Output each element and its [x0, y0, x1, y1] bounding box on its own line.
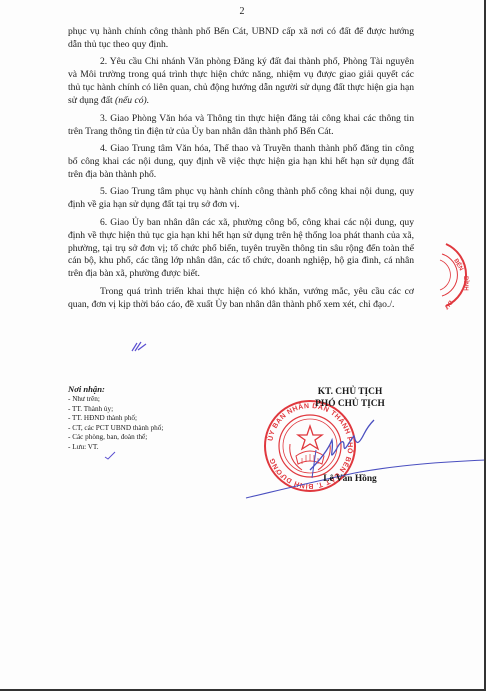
- paragraph-item-3: 3. Giao Phòng Văn hóa và Thông tin thực …: [68, 113, 414, 139]
- recipient-item: - Lưu: VT.: [68, 443, 238, 453]
- recipients-title: Nơi nhận:: [68, 384, 238, 395]
- svg-text:BÌNH: BÌNH: [462, 276, 470, 291]
- recipient-item: - TT. HĐND thành phố;: [68, 414, 238, 424]
- paragraph-item-5: 5. Giao Trung tâm phục vụ hành chính côn…: [68, 186, 414, 212]
- document-page: 2 phục vụ hành chính công thành phố Bến …: [0, 0, 484, 689]
- border-stamp-icon: BẾN BÌNH DƯ: [436, 240, 486, 310]
- initials-mark-icon: [104, 450, 116, 460]
- recipients-block: Nơi nhận: - Như trên; - TT. Thành ủy; - …: [68, 384, 238, 453]
- document-body: phục vụ hành chính công thành phố Bến Cá…: [68, 26, 414, 316]
- signature-title: KT. CHỦ TỊCH PHÓ CHỦ TỊCH: [270, 387, 430, 410]
- recipient-item: - CT, các PCT UBND thành phố;: [68, 424, 238, 434]
- signer-name: Lê Văn Hồng: [280, 474, 420, 484]
- paragraph-continuation: phục vụ hành chính công thành phố Bến Cá…: [68, 26, 414, 52]
- paragraph-closing: Trong quá trình triển khai thực hiện có …: [68, 286, 414, 312]
- recipient-item: - TT. Thành ủy;: [68, 405, 238, 415]
- italic-note: (nếu có).: [115, 95, 149, 106]
- recipient-item: - Các phòng, ban, đoàn thể;: [68, 433, 238, 443]
- handwritten-signature-icon: [240, 410, 486, 500]
- paragraph-item-4: 4. Giao Trung tâm Văn hóa, Thể thao và T…: [68, 143, 414, 182]
- signature-line-2: PHÓ CHỦ TỊCH: [270, 399, 430, 411]
- signature-line-1: KT. CHỦ TỊCH: [270, 387, 430, 399]
- svg-text:DƯ: DƯ: [442, 299, 453, 310]
- initials-mark-icon: [131, 340, 147, 352]
- page-number: 2: [0, 6, 484, 17]
- recipient-item: - Như trên;: [68, 395, 238, 405]
- paragraph-item-6: 6. Giao Ủy ban nhân dân các xã, phường c…: [68, 217, 414, 282]
- paragraph-item-2: 2. Yêu cầu Chi nhánh Văn phòng Đăng ký đ…: [68, 56, 414, 108]
